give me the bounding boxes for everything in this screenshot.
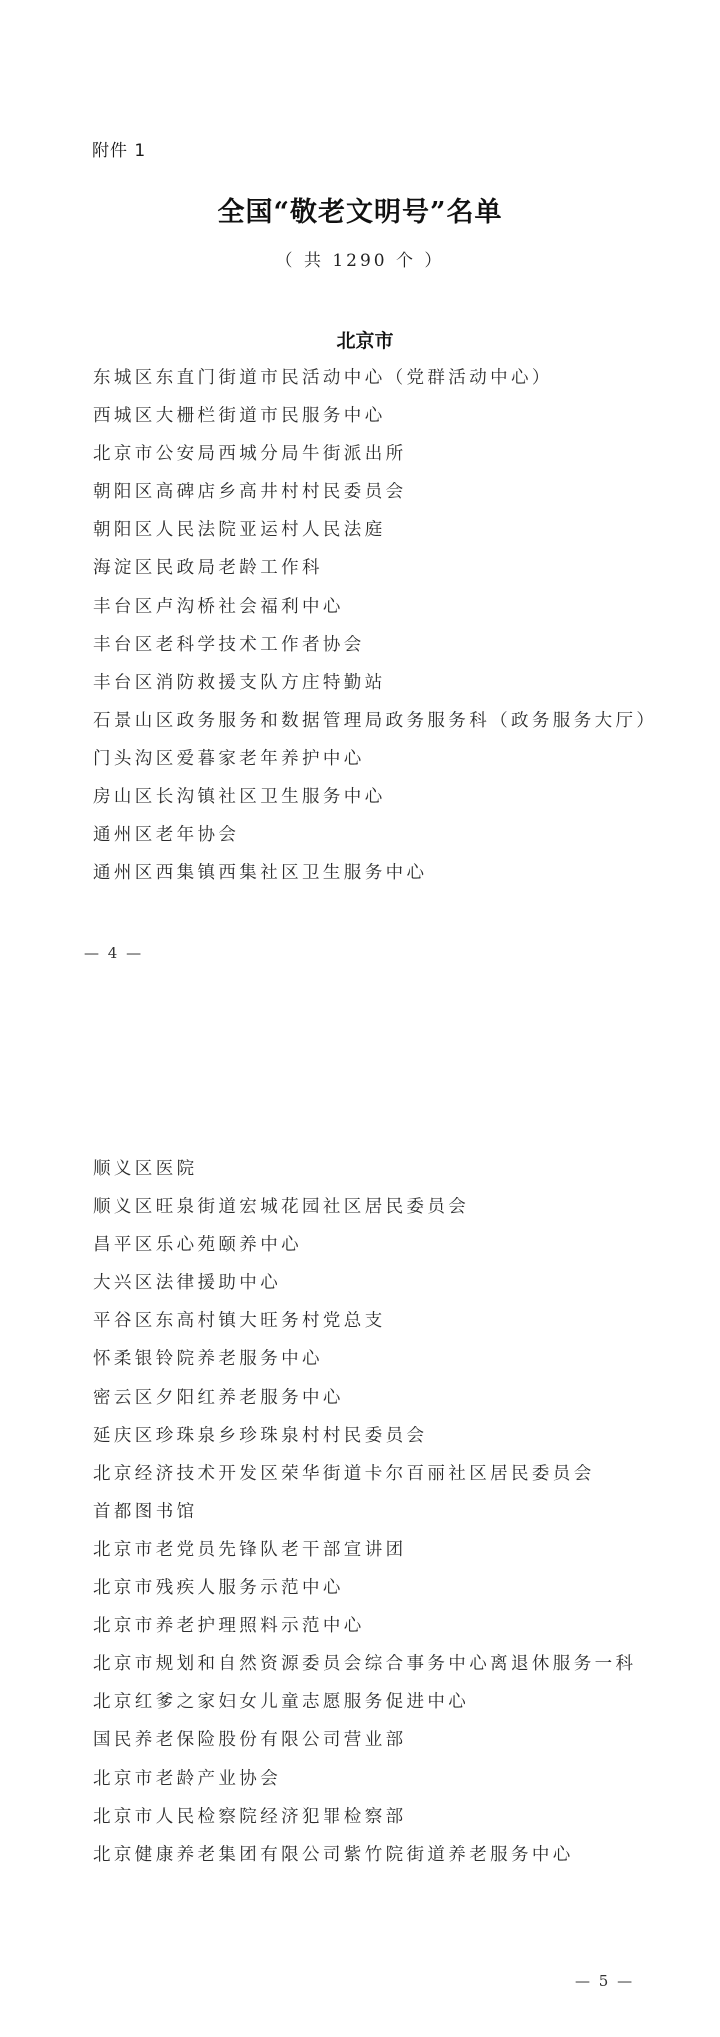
list-item: 丰台区卢沟桥社会福利中心	[93, 588, 657, 626]
list-item: 顺义区医院	[93, 1150, 636, 1188]
list-item: 平谷区东高村镇大旺务村党总支	[93, 1302, 636, 1340]
attachment-label: 附件 1	[92, 136, 146, 161]
list-item: 通州区老年协会	[93, 816, 657, 854]
list-item: 北京市人民检察院经济犯罪检察部	[93, 1798, 636, 1836]
document-title: 全国“敬老文明号”名单	[0, 190, 720, 229]
page-number: — 5 —	[575, 1972, 634, 1990]
list-item: 延庆区珍珠泉乡珍珠泉村村民委员会	[93, 1417, 636, 1455]
document-page-4: 附件 1 全国“敬老文明号”名单 （ 共 1290 个 ） 北京市 东城区东直门…	[0, 0, 720, 1018]
list-item: 北京红爹之家妇女儿童志愿服务促进中心	[93, 1683, 636, 1721]
list-item: 门头沟区爱暮家老年养护中心	[93, 740, 657, 778]
list-item: 房山区长沟镇社区卫生服务中心	[93, 778, 657, 816]
list-item: 石景山区政务服务和数据管理局政务服务科（政务服务大厅）	[93, 702, 657, 740]
list-item: 北京市规划和自然资源委员会综合事务中心离退休服务一科	[93, 1645, 636, 1683]
list-item: 西城区大栅栏街道市民服务中心	[93, 397, 657, 435]
list-item: 丰台区消防救援支队方庄特勤站	[93, 664, 657, 702]
list-item: 北京健康养老集团有限公司紫竹院街道养老服务中心	[93, 1836, 636, 1874]
list-item: 北京市老龄产业协会	[93, 1760, 636, 1798]
list-item: 朝阳区人民法院亚运村人民法庭	[93, 511, 657, 549]
list-item: 昌平区乐心苑颐养中心	[93, 1226, 636, 1264]
list-item: 国民养老保险股份有限公司营业部	[93, 1721, 636, 1759]
list-item: 大兴区法律援助中心	[93, 1264, 636, 1302]
list-item: 东城区东直门街道市民活动中心（党群活动中心）	[93, 359, 657, 397]
entry-list: 东城区东直门街道市民活动中心（党群活动中心） 西城区大栅栏街道市民服务中心 北京…	[93, 359, 657, 892]
list-item: 北京市养老护理照料示范中心	[93, 1607, 636, 1645]
document-page-5: 顺义区医院 顺义区旺泉街道宏城花园社区居民委员会 昌平区乐心苑颐养中心 大兴区法…	[0, 1018, 720, 2037]
list-item: 密云区夕阳红养老服务中心	[93, 1379, 636, 1417]
list-item: 北京市老党员先锋队老干部宣讲团	[93, 1531, 636, 1569]
entry-list: 顺义区医院 顺义区旺泉街道宏城花园社区居民委员会 昌平区乐心苑颐养中心 大兴区法…	[93, 1150, 636, 1874]
list-item: 通州区西集镇西集社区卫生服务中心	[93, 854, 657, 892]
region-header-beijing: 北京市	[0, 326, 720, 353]
list-item: 顺义区旺泉街道宏城花园社区居民委员会	[93, 1188, 636, 1226]
list-item: 北京经济技术开发区荣华街道卡尔百丽社区居民委员会	[93, 1455, 636, 1493]
page-number: — 4 —	[84, 944, 143, 962]
list-item: 朝阳区高碑店乡高井村村民委员会	[93, 473, 657, 511]
list-item: 北京市残疾人服务示范中心	[93, 1569, 636, 1607]
list-item: 丰台区老科学技术工作者协会	[93, 626, 657, 664]
list-item: 怀柔银铃院养老服务中心	[93, 1340, 636, 1378]
list-item: 首都图书馆	[93, 1493, 636, 1531]
document-subtitle: （ 共 1290 个 ）	[0, 246, 720, 271]
list-item: 海淀区民政局老龄工作科	[93, 549, 657, 587]
list-item: 北京市公安局西城分局牛街派出所	[93, 435, 657, 473]
